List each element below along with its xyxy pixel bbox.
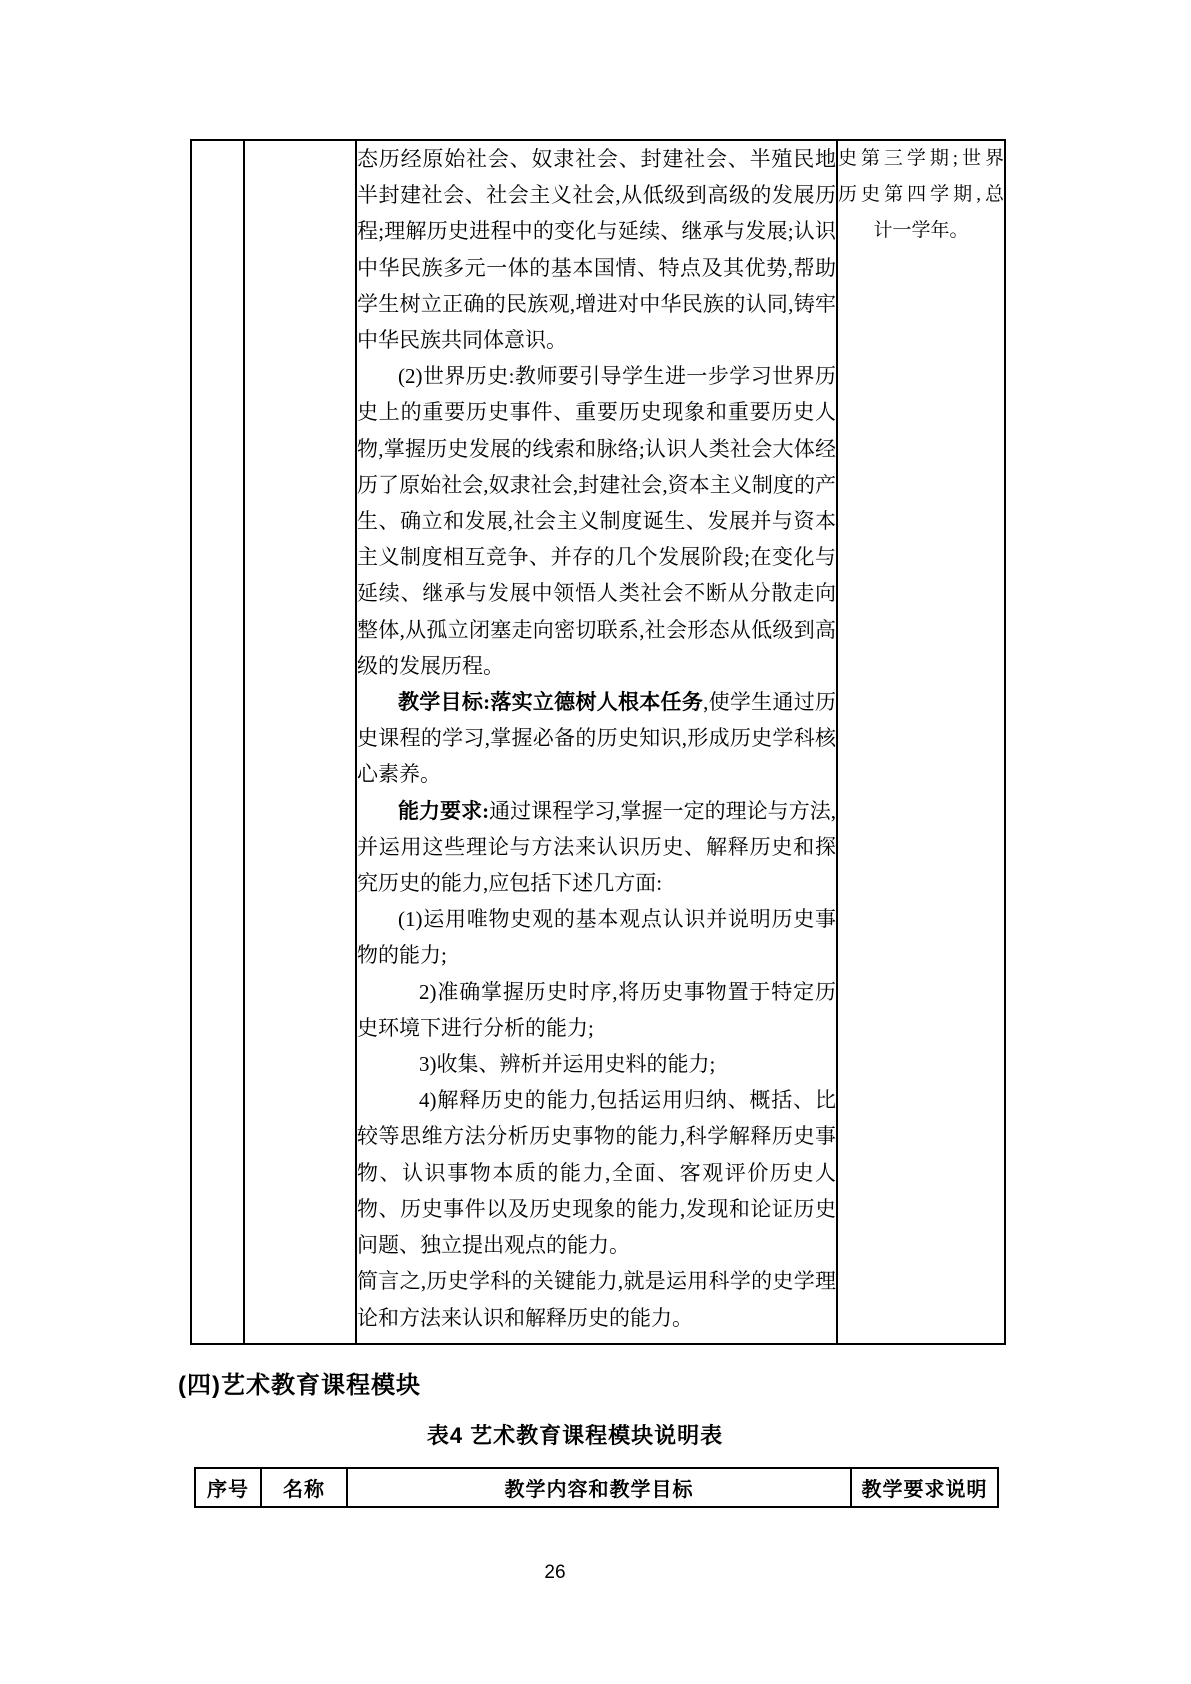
art-module-table: 序号 名称 教学内容和教学目标 教学要求说明 [194,1467,999,1508]
schedule-line: 史第三学期;世界 [838,141,1004,177]
header-teaching-content: 教学内容和教学目标 [347,1468,851,1507]
history-module-table: 态历经原始社会、奴隶社会、封建社会、半殖民地半封建社会、社会主义社会,从低级到高… [190,139,1006,1345]
content-paragraph: (2)世界历史:教师要引导学生进一步学习世界历史上的重要历史事件、重要历史现象和… [357,358,836,684]
bold-run: 能力要求: [398,799,489,823]
serial-number-cell [191,140,244,1344]
content-paragraph: 2)准确掌握历史时序,将历史事物置于特定历史环境下进行分析的能力; [357,974,836,1046]
text-run: 简言之,历史学科的关键能力,就是运用科学的史学理论和方法来认识和解释历史的能力。 [357,1269,836,1329]
content-paragraph: 能力要求:通过课程学习,掌握一定的理论与方法,并运用这些理论与方法来认识历史、解… [357,793,836,902]
header-teaching-requirement: 教学要求说明 [851,1468,998,1507]
text-run: 3)收集、辨析并运用史料的能力; [419,1052,715,1076]
header-serial-number: 序号 [195,1468,261,1507]
header-course-name: 名称 [261,1468,347,1507]
content-paragraph: (1)运用唯物史观的基本观点认识并说明历史事物的能力; [357,901,836,973]
content-paragraph: 4)解释历史的能力,包括运用归纳、概括、比较等思维方法分析历史事物的能力,科学解… [357,1082,836,1263]
text-run: 2)准确掌握历史时序,将历史事物置于特定历史环境下进行分析的能力; [357,980,836,1040]
document-page: 态历经原始社会、奴隶社会、封建社会、半殖民地半封建社会、社会主义社会,从低级到高… [0,0,1191,1684]
bold-run: 教学目标:落实立德树人根本任务 [398,690,703,714]
text-run: (2)世界历史:教师要引导学生进一步学习世界历史上的重要历史事件、重要历史现象和… [357,364,836,678]
schedule-line: 历史第四学期,总 [838,177,1004,213]
table-caption: 表4 艺术教育课程模块说明表 [427,1423,723,1448]
teaching-requirement-cell: 史第三学期;世界历史第四学期,总计一学年。 [837,140,1005,1344]
content-paragraph: 态历经原始社会、奴隶社会、封建社会、半殖民地半封建社会、社会主义社会,从低级到高… [357,141,836,358]
schedule-line: 计一学年。 [838,213,1004,249]
text-run: 4)解释历史的能力,包括运用归纳、概括、比较等思维方法分析历史事物的能力,科学解… [357,1088,836,1257]
content-paragraph: 教学目标:落实立德树人根本任务,使学生通过历史课程的学习,掌握必备的历史知识,形… [357,684,836,793]
page-number: 26 [0,1562,1110,1584]
content-paragraph: 简言之,历史学科的关键能力,就是运用科学的史学理论和方法来认识和解释历史的能力。 [357,1263,836,1335]
table-header-row: 序号 名称 教学内容和教学目标 教学要求说明 [195,1468,998,1507]
table-caption-wrap: 表4 艺术教育课程模块说明表 [150,1419,1000,1450]
content-paragraph: 3)收集、辨析并运用史料的能力; [357,1046,836,1082]
teaching-content-cell: 态历经原始社会、奴隶社会、封建社会、半殖民地半封建社会、社会主义社会,从低级到高… [356,140,837,1344]
course-name-cell [244,140,356,1344]
text-run: (1)运用唯物史观的基本观点认识并说明历史事物的能力; [357,907,836,967]
section-heading: (四)艺术教育课程模块 [178,1365,421,1400]
text-run: 态历经原始社会、奴隶社会、封建社会、半殖民地半封建社会、社会主义社会,从低级到高… [357,147,836,352]
table-row: 态历经原始社会、奴隶社会、封建社会、半殖民地半封建社会、社会主义社会,从低级到高… [191,140,1005,1344]
